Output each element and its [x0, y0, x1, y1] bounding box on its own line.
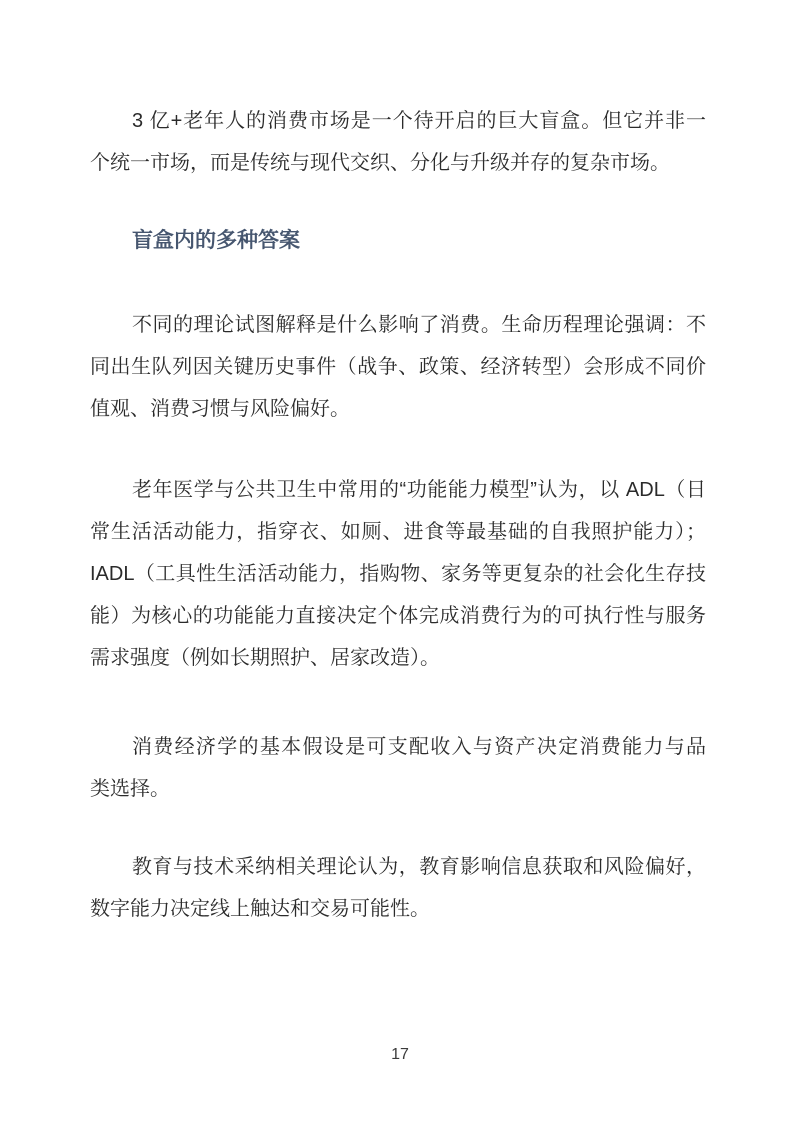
- paragraph-intro: 3 亿+老年人的消费市场是一个待开启的巨大盲盒。但它并非一 个统一市场，而是传统…: [90, 100, 706, 184]
- paragraph-functional-model: 老年医学与公共卫生中常用的“功能能力模型”认为，以 ADL（日 常生活活动能力，…: [90, 469, 706, 679]
- text-line: 不同的理论试图解释是什么影响了消费。生命历程理论强调：不: [90, 304, 706, 346]
- text-line: IADL（工具性生活活动能力，指购物、家务等更复杂的社会化生存技: [90, 553, 706, 595]
- text-line: 数字能力决定线上触达和交易可能性。: [90, 888, 706, 930]
- section-heading: 盲盒内的多种答案: [90, 220, 706, 262]
- text-line: 个统一市场，而是传统与现代交织、分化与升级并存的复杂市场。: [90, 142, 706, 184]
- paragraph-theories: 不同的理论试图解释是什么影响了消费。生命历程理论强调：不 同出生队列因关键历史事…: [90, 304, 706, 430]
- paragraph-consumer-economics: 消费经济学的基本假设是可支配收入与资产决定消费能力与品 类选择。: [90, 726, 706, 810]
- text-line: 教育与技术采纳相关理论认为，教育影响信息获取和风险偏好，: [90, 846, 706, 888]
- page-content: 3 亿+老年人的消费市场是一个待开启的巨大盲盒。但它并非一 个统一市场，而是传统…: [90, 100, 706, 930]
- text-line: 需求强度（例如长期照护、居家改造）。: [90, 637, 706, 679]
- text-line: 类选择。: [90, 768, 706, 810]
- text-line: 常生活活动能力，指穿衣、如厕、进食等最基础的自我照护能力）；: [90, 511, 706, 553]
- text-line: 能）为核心的功能能力直接决定个体完成消费行为的可执行性与服务: [90, 595, 706, 637]
- text-line: 同出生队列因关键历史事件（战争、政策、经济转型）会形成不同价: [90, 346, 706, 388]
- paragraph-education-technology: 教育与技术采纳相关理论认为，教育影响信息获取和风险偏好， 数字能力决定线上触达和…: [90, 846, 706, 930]
- page-number: 17: [0, 1046, 800, 1064]
- text-line: 值观、消费习惯与风险偏好。: [90, 388, 706, 430]
- document-page: 3 亿+老年人的消费市场是一个待开启的巨大盲盒。但它并非一 个统一市场，而是传统…: [0, 0, 800, 1131]
- text-line: 消费经济学的基本假设是可支配收入与资产决定消费能力与品: [90, 726, 706, 768]
- text-line: 老年医学与公共卫生中常用的“功能能力模型”认为，以 ADL（日: [90, 469, 706, 511]
- text-line: 3 亿+老年人的消费市场是一个待开启的巨大盲盒。但它并非一: [90, 100, 706, 142]
